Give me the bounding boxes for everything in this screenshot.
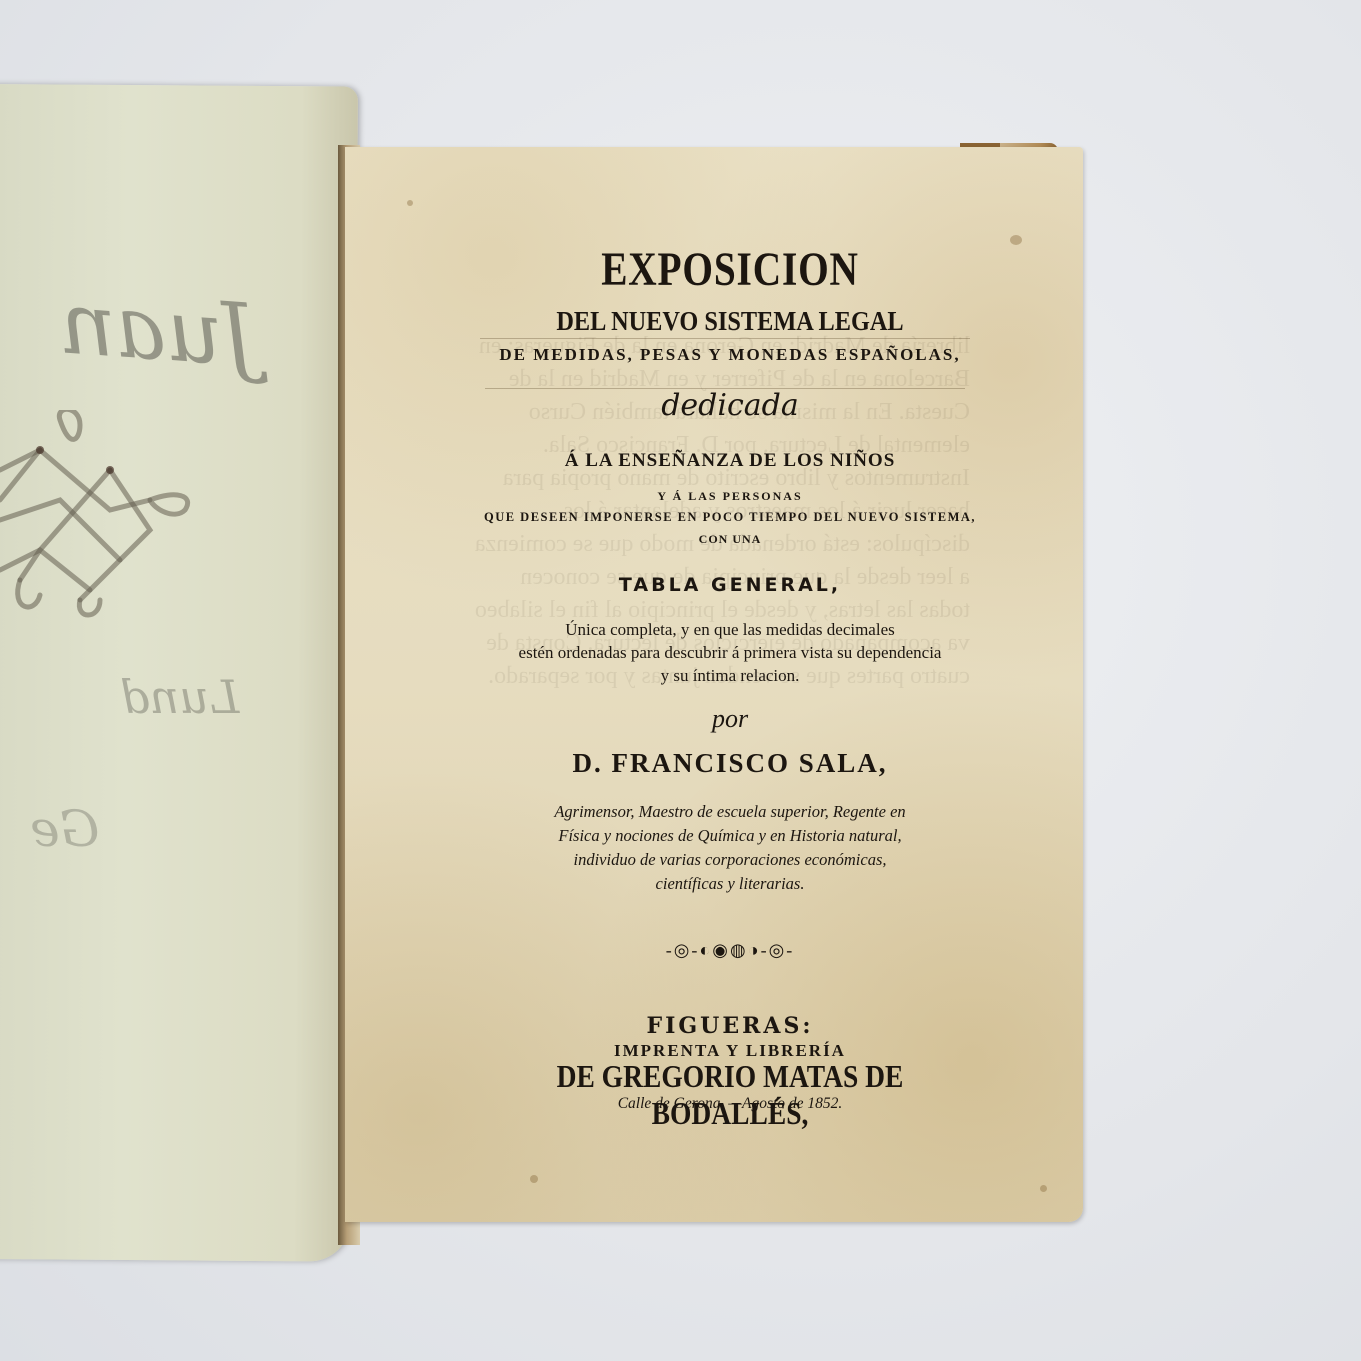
credentials-line: individuo de varias corporaciones económ… [460,848,1000,872]
description-line: Única completa, y en que las medidas dec… [460,618,1000,641]
credentials-line: Agrimensor, Maestro de escuela superior,… [460,800,1000,824]
ornament-divider-icon: -◎-◐◉◍◑-◎- [460,940,1000,961]
dedication-word: dedicada [460,388,1000,423]
author-name: D. FRANCISCO SALA, [460,748,1000,779]
foxing-spot [530,1175,538,1183]
address-date: Calle de Gerona. —Agosto de 1852. [460,1095,1000,1113]
description-block: Única completa, y en que las medidas dec… [460,618,1000,687]
foxing-spot [1040,1185,1047,1192]
description-line: estén ordenadas para descubrir á primera… [460,641,1000,664]
place-of-publication: FIGUERAS: [460,1013,1000,1039]
credentials-line: científicas y literarias. [460,872,1000,896]
dedication-line-3: QUE DESEEN IMPONERSE EN POCO TIEMPO DEL … [460,510,1000,525]
rule-line [480,338,970,339]
handwriting-juan: Juan [57,273,260,386]
subtitle-2: DE MEDIDAS, PESAS Y MONEDAS ESPAÑOLAS, [460,345,1000,365]
subtitle: DEL NUEVO SISTEMA LEGAL [487,306,973,337]
handwritten-lattice-flourish [0,410,200,620]
foxing-spot [1010,235,1022,245]
description-line: y su íntima relacion. [460,664,1000,687]
dedication-line-4: CON UNA [460,532,1000,547]
handwriting-line-3: Ge [30,800,100,858]
table-title: TABLA GENERAL, [460,574,1000,596]
dedication-line-2: Y Á LAS PERSONAS [460,489,1000,504]
title-heading: EXPOSICION [509,242,952,297]
credentials-line: Física y nociones de Química y en Histor… [460,824,1000,848]
author-credentials: Agrimensor, Maestro de escuela superior,… [460,800,1000,896]
dedication-line-1: Á LA ENSEÑANZA DE LOS NIÑOS [460,450,1000,472]
foxing-spot [407,200,413,206]
handwriting-line-2: Lund [120,670,239,724]
by-word: por [460,704,1000,734]
